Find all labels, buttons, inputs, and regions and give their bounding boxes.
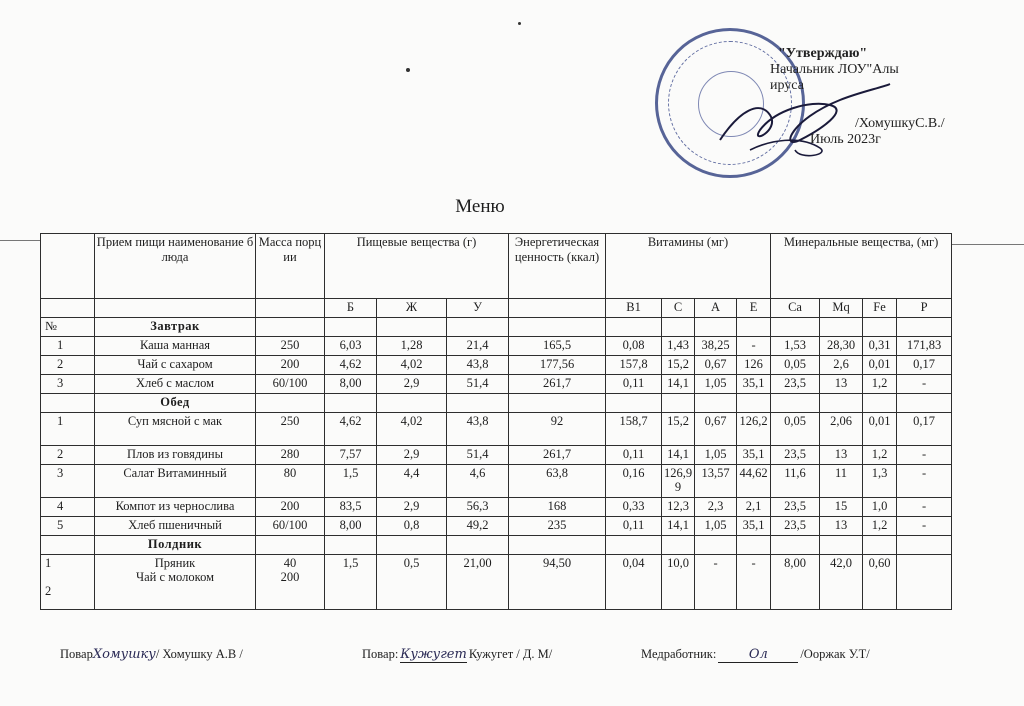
cell-energy: 261,7 — [509, 446, 606, 465]
cell-vit-e: - — [737, 337, 771, 356]
section-title: Полдник — [95, 536, 256, 555]
row-num: 12 — [41, 555, 95, 610]
medic-name: /Ооржак У.Т/ — [800, 647, 869, 661]
header-vitamins: Витамины (мг) — [606, 234, 771, 299]
portion-mass: 60/100 — [256, 517, 325, 536]
cell-energy: 92 — [509, 413, 606, 446]
cell-protein: 7,57 — [325, 446, 377, 465]
cell-phosphorus: - — [897, 446, 952, 465]
table-header-row: Прием пищи наименование блюда Масса порц… — [41, 234, 952, 299]
portion-mass: 200 — [256, 356, 325, 375]
section-title: Обед — [95, 394, 256, 413]
header-nutrients: Пищевые вещества (г) — [325, 234, 509, 299]
cell-calcium: 1,53 — [771, 337, 820, 356]
cell-vit-e: 35,1 — [737, 446, 771, 465]
cell-iron: 0,01 — [863, 413, 897, 446]
cell-phosphorus: 0,17 — [897, 413, 952, 446]
cell-calcium: 23,5 — [771, 446, 820, 465]
cell-vit-a: 2,3 — [695, 498, 737, 517]
portion-mass: 80 — [256, 465, 325, 498]
approval-heading: "Утверждаю" — [778, 46, 945, 62]
cell-fat: 0,5 — [377, 555, 447, 610]
cell-vit-c: 12,3 — [662, 498, 695, 517]
cook1-name: / Хомушку А.В / — [156, 647, 243, 661]
portion-mass: 250 — [256, 337, 325, 356]
section-row: №Завтрак — [41, 318, 952, 337]
header-energy: Энергетическая ценность (ккал) — [509, 234, 606, 299]
footer-cook2: Повар:КужугетКужугет / Д. М/ — [362, 647, 552, 663]
approval-block: "Утверждаю" Начальник ЛОУ"Алы ируса /Хом… — [770, 46, 945, 148]
subheader-b: Б — [325, 299, 377, 318]
cell-carbs: 4,6 — [447, 465, 509, 498]
cell-fat: 4,02 — [377, 413, 447, 446]
cell-vit-e: 35,1 — [737, 517, 771, 536]
cell-vit-a: 13,57 — [695, 465, 737, 498]
table-row: 1Каша манная2506,031,2821,4165,50,081,43… — [41, 337, 952, 356]
cell-magnesium: 13 — [820, 446, 863, 465]
cell-iron: 0,31 — [863, 337, 897, 356]
cell-energy: 63,8 — [509, 465, 606, 498]
cell-fat: 0,8 — [377, 517, 447, 536]
cell-vit-c: 14,1 — [662, 517, 695, 536]
cell-vit-c: 14,1 — [662, 375, 695, 394]
cell-vit-e: 126,2 — [737, 413, 771, 446]
approval-position: Начальник ЛОУ"Алы — [770, 62, 945, 78]
cell-protein: 83,5 — [325, 498, 377, 517]
cell-calcium: 23,5 — [771, 375, 820, 394]
cell-vit-b1: 0,33 — [606, 498, 662, 517]
table-row: 3Салат Витаминный801,54,44,663,80,16126,… — [41, 465, 952, 498]
medic-label: Медработник: — [641, 647, 716, 661]
cell-magnesium: 2,6 — [820, 356, 863, 375]
dish-name: Хлеб с маслом — [95, 375, 256, 394]
cell-iron: 1,0 — [863, 498, 897, 517]
cell-iron: 1,2 — [863, 375, 897, 394]
cell-vit-c: 126,99 — [662, 465, 695, 498]
row-num: 3 — [41, 465, 95, 498]
cell-carbs: 21,00 — [447, 555, 509, 610]
portion-mass: 250 — [256, 413, 325, 446]
cell-magnesium: 2,06 — [820, 413, 863, 446]
dish-name: Хлеб пшеничный — [95, 517, 256, 536]
cell-fat: 2,9 — [377, 375, 447, 394]
cell-vit-a: 38,25 — [695, 337, 737, 356]
row-num: 5 — [41, 517, 95, 536]
subheader-fe: Fe — [863, 299, 897, 318]
section-row: Полдник — [41, 536, 952, 555]
cell-vit-a: 1,05 — [695, 375, 737, 394]
cell-carbs: 49,2 — [447, 517, 509, 536]
table-subheader-row: Б Ж У B1 C A E Ca Mq Fe P — [41, 299, 952, 318]
cell-vit-e: 2,1 — [737, 498, 771, 517]
cell-protein: 8,00 — [325, 375, 377, 394]
cell-energy: 168 — [509, 498, 606, 517]
cell-phosphorus: - — [897, 465, 952, 498]
cell-carbs: 43,8 — [447, 413, 509, 446]
header-num — [41, 234, 95, 299]
row-num: 1 — [41, 337, 95, 356]
cell-magnesium: 15 — [820, 498, 863, 517]
dish-name: Салат Витаминный — [95, 465, 256, 498]
cell-vit-b1: 0,16 — [606, 465, 662, 498]
approval-date: Июль 2023г — [810, 132, 945, 148]
dish-name: Чай с сахаром — [95, 356, 256, 375]
cook1-signature: Хомушку — [93, 647, 156, 662]
row-num: 2 — [41, 356, 95, 375]
cell-vit-b1: 0,04 — [606, 555, 662, 610]
header-name: Прием пищи наименование блюда — [95, 234, 256, 299]
subheader-c: C — [662, 299, 695, 318]
cell-vit-e: 44,62 — [737, 465, 771, 498]
cell-phosphorus: 171,83 — [897, 337, 952, 356]
row-num: 2 — [41, 446, 95, 465]
cell-calcium: 0,05 — [771, 413, 820, 446]
row-num: 4 — [41, 498, 95, 517]
subheader-e: E — [737, 299, 771, 318]
cell-magnesium: 42,0 — [820, 555, 863, 610]
portion-mass: 60/100 — [256, 375, 325, 394]
cell-protein: 1,5 — [325, 555, 377, 610]
cell-vit-e: 35,1 — [737, 375, 771, 394]
cell-phosphorus: 0,17 — [897, 356, 952, 375]
cell-iron: 0,60 — [863, 555, 897, 610]
cell-calcium: 8,00 — [771, 555, 820, 610]
cell-energy: 261,7 — [509, 375, 606, 394]
cell-energy: 177,56 — [509, 356, 606, 375]
approval-position-cont: ируса — [770, 78, 945, 94]
cell-calcium: 11,6 — [771, 465, 820, 498]
approval-signer: /ХомушкуС.В./ — [855, 116, 945, 132]
cell-carbs: 51,4 — [447, 446, 509, 465]
table-row: 1Суп мясной с макизд2504,624,0243,892158… — [41, 413, 952, 446]
dish-name: ПряникЧай с молоком — [95, 555, 256, 610]
cell-magnesium: 11 — [820, 465, 863, 498]
header-minerals: Минеральные вещества, (мг) — [771, 234, 952, 299]
cell-fat: 4,02 — [377, 356, 447, 375]
subheader-u: У — [447, 299, 509, 318]
cook2-label: Повар: — [362, 647, 398, 661]
cell-fat: 4,4 — [377, 465, 447, 498]
table-row: 4Компот из чернослива20083,52,956,31680,… — [41, 498, 952, 517]
scan-line — [0, 240, 40, 241]
medic-signature: Ол — [718, 647, 798, 663]
cell-protein: 4,62 — [325, 356, 377, 375]
page-title: Меню — [0, 196, 960, 218]
section-row: Обед — [41, 394, 952, 413]
cell-fat: 2,9 — [377, 446, 447, 465]
cell-vit-e: - — [737, 555, 771, 610]
cell-calcium: 0,05 — [771, 356, 820, 375]
cell-protein: 4,62 — [325, 413, 377, 446]
cell-fat: 1,28 — [377, 337, 447, 356]
cell-vit-c: 14,1 — [662, 446, 695, 465]
cell-carbs: 43,8 — [447, 356, 509, 375]
cell-energy: 94,50 — [509, 555, 606, 610]
header-mass: Масса порции — [256, 234, 325, 299]
cell-vit-c: 15,2 — [662, 413, 695, 446]
cell-phosphorus: - — [897, 517, 952, 536]
cell-magnesium: 13 — [820, 517, 863, 536]
cell-vit-c: 1,43 — [662, 337, 695, 356]
cell-fat: 2,9 — [377, 498, 447, 517]
menu-table: Прием пищи наименование блюда Масса порц… — [40, 233, 952, 610]
cell-vit-a: 1,05 — [695, 446, 737, 465]
table-row: 5Хлеб пшеничный60/1008,000,849,22350,111… — [41, 517, 952, 536]
row-num: 3 — [41, 375, 95, 394]
dish-name: Компот из чернослива — [95, 498, 256, 517]
num-label: № — [41, 318, 95, 337]
table-row: 2Чай с сахаром2004,624,0243,8177,56157,8… — [41, 356, 952, 375]
cook2-name: Кужугет / Д. М/ — [469, 647, 552, 661]
cook2-signature: Кужугет — [400, 647, 467, 663]
scan-line — [952, 244, 1024, 245]
cook1-label: Повар — [60, 647, 93, 661]
section-title: Завтрак — [95, 318, 256, 337]
subheader-p: P — [897, 299, 952, 318]
subheader-a: A — [695, 299, 737, 318]
footer-medic: Медработник:Ол/Ооржак У.Т/ — [641, 647, 870, 663]
cell-carbs: 21,4 — [447, 337, 509, 356]
subheader-zh: Ж — [377, 299, 447, 318]
cell-vit-a: 0,67 — [695, 413, 737, 446]
cell-iron: 0,01 — [863, 356, 897, 375]
cell-vit-e: 126 — [737, 356, 771, 375]
subheader-ca: Ca — [771, 299, 820, 318]
cell-protein: 6,03 — [325, 337, 377, 356]
cell-calcium: 23,5 — [771, 498, 820, 517]
dish-name: Суп мясной с макизд — [95, 413, 256, 446]
dish-name: Плов из говядины — [95, 446, 256, 465]
cell-vit-b1: 158,7 — [606, 413, 662, 446]
cell-iron: 1,2 — [863, 517, 897, 536]
portion-mass: 200 — [256, 498, 325, 517]
cell-carbs: 51,4 — [447, 375, 509, 394]
cell-vit-a: 0,67 — [695, 356, 737, 375]
cell-vit-b1: 0,11 — [606, 375, 662, 394]
subheader-b1: B1 — [606, 299, 662, 318]
cell-vit-a: - — [695, 555, 737, 610]
cell-calcium: 23,5 — [771, 517, 820, 536]
cell-protein: 1,5 — [325, 465, 377, 498]
dish-name: Каша манная — [95, 337, 256, 356]
cell-vit-b1: 0,11 — [606, 446, 662, 465]
cell-phosphorus: - — [897, 375, 952, 394]
table-row: 2Плов из говядины2807,572,951,4261,70,11… — [41, 446, 952, 465]
cell-energy: 165,5 — [509, 337, 606, 356]
table-row: 3Хлеб с маслом60/1008,002,951,4261,70,11… — [41, 375, 952, 394]
subheader-mq: Mq — [820, 299, 863, 318]
cell-vit-c: 10,0 — [662, 555, 695, 610]
cell-magnesium: 13 — [820, 375, 863, 394]
scan-speck — [406, 68, 410, 72]
cell-energy: 235 — [509, 517, 606, 536]
cell-phosphorus — [897, 555, 952, 610]
portion-mass: 40200 — [256, 555, 325, 610]
cell-carbs: 56,3 — [447, 498, 509, 517]
cell-vit-a: 1,05 — [695, 517, 737, 536]
cell-vit-b1: 0,11 — [606, 517, 662, 536]
row-num: 1 — [41, 413, 95, 446]
cell-vit-c: 15,2 — [662, 356, 695, 375]
cell-magnesium: 28,30 — [820, 337, 863, 356]
table-row: 12ПряникЧай с молоком402001,50,521,0094,… — [41, 555, 952, 610]
cell-vit-b1: 0,08 — [606, 337, 662, 356]
cell-phosphorus: - — [897, 498, 952, 517]
scan-speck — [518, 22, 521, 25]
cell-vit-b1: 157,8 — [606, 356, 662, 375]
footer-cook1: ПоварХомушку/ Хомушку А.В / — [60, 647, 243, 662]
cell-iron: 1,3 — [863, 465, 897, 498]
cell-protein: 8,00 — [325, 517, 377, 536]
cell-iron: 1,2 — [863, 446, 897, 465]
portion-mass: 280 — [256, 446, 325, 465]
